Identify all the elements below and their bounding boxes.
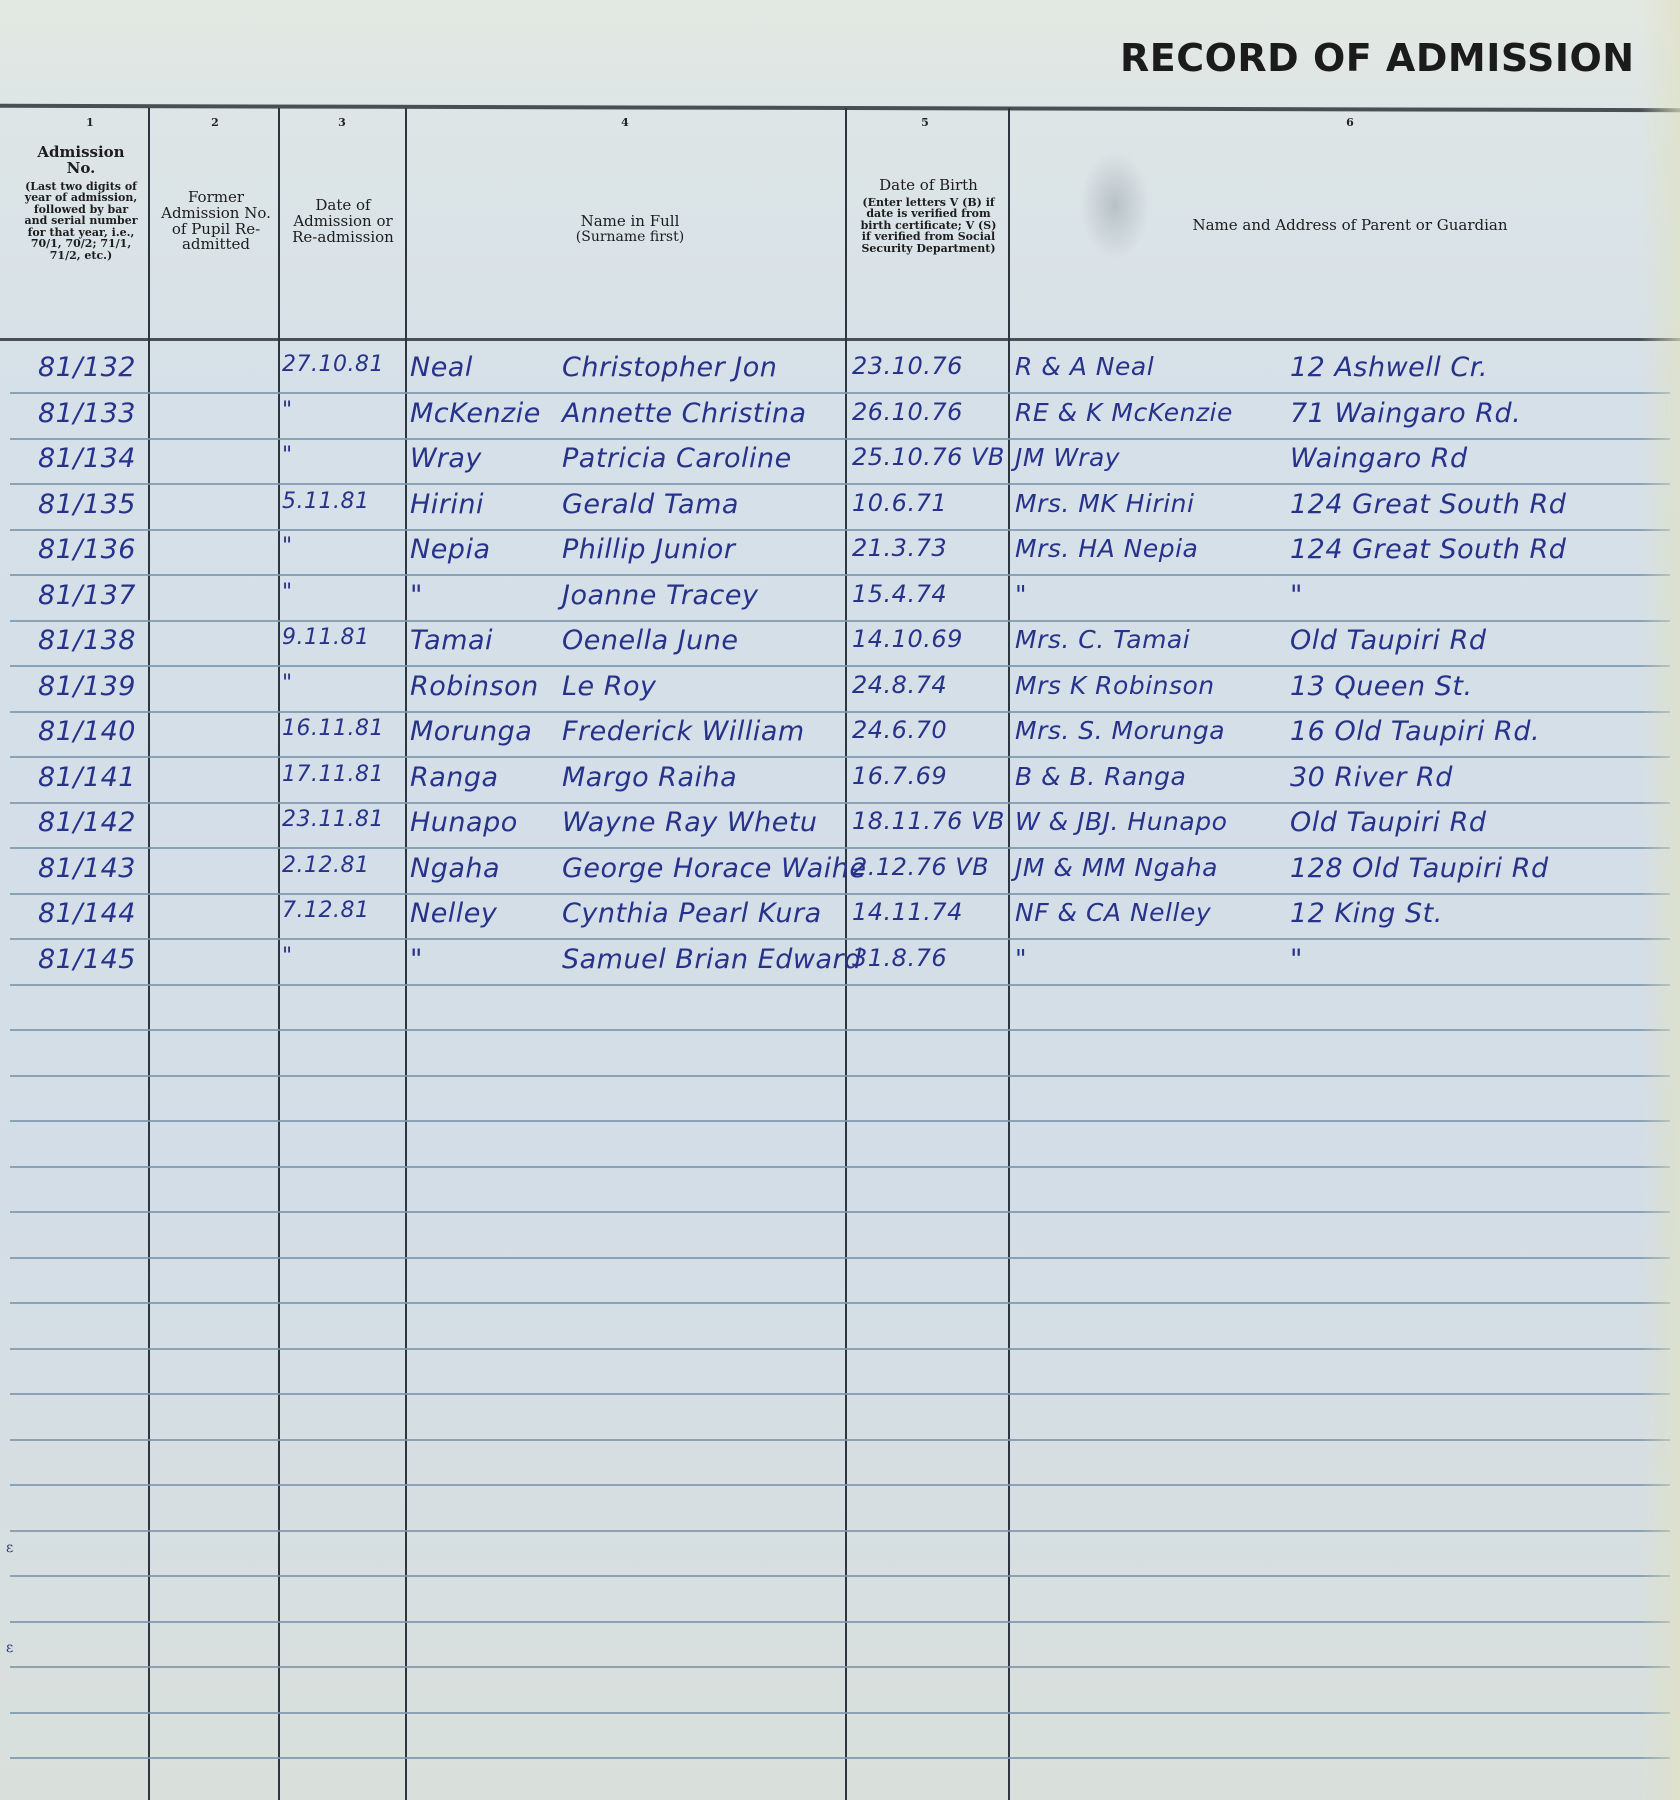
column-divider [278, 108, 280, 1800]
ruled-line [10, 1621, 1670, 1623]
header-top-rule [0, 104, 1680, 112]
parent-address: 128 Old Taupiri Rd [1290, 853, 1549, 884]
surname: Ranga [410, 762, 499, 793]
ruled-line [10, 1029, 1670, 1031]
admission-date: 27.10.81 [282, 352, 384, 377]
heading-text: Admission No. [22, 145, 140, 177]
admission-number: 81/132 [38, 352, 136, 383]
column-number: 3 [322, 116, 362, 129]
date-of-birth: 25.10.76 VB [852, 443, 1005, 471]
parent-name: R & A Neal [1015, 352, 1154, 381]
date-of-birth: 14.11.74 [852, 898, 963, 926]
given-names: Frederick William [562, 716, 805, 747]
ruled-line [10, 483, 1670, 485]
parent-name: Mrs. HA Nepia [1015, 534, 1198, 563]
parent-name: JM Wray [1015, 443, 1120, 472]
given-names: Wayne Ray Whetu [562, 807, 818, 838]
given-names: Margo Raiha [562, 762, 737, 793]
admission-date: " [282, 580, 293, 605]
admission-number: 81/139 [38, 671, 136, 702]
parent-address: 12 King St. [1290, 898, 1443, 929]
surname: Neal [410, 352, 473, 383]
column-number: 6 [1330, 116, 1370, 129]
parent-name: Mrs. MK Hirini [1015, 489, 1194, 518]
column-number: 1 [70, 116, 110, 129]
admission-date: " [282, 944, 293, 969]
parent-name: Mrs K Robinson [1015, 671, 1215, 700]
ruled-line [10, 529, 1670, 531]
parent-name: NF & CA Nelley [1015, 898, 1211, 927]
parent-name: W & JBJ. Hunapo [1015, 807, 1227, 836]
admission-date: " [282, 534, 293, 559]
surname: Ngaha [410, 853, 500, 884]
admission-number: 81/141 [38, 762, 136, 793]
surname: Nelley [410, 898, 497, 929]
given-names: Christopher Jon [562, 352, 777, 383]
parent-name: " [1015, 580, 1027, 609]
ruled-line [10, 984, 1670, 986]
admission-date: 9.11.81 [282, 625, 369, 650]
parent-name: JM & MM Ngaha [1015, 853, 1218, 882]
column-divider [1008, 108, 1010, 1800]
surname: " [410, 944, 423, 975]
column-heading-date-admission: Date of Admission or Re-admission [284, 198, 402, 245]
ruled-line [10, 1075, 1670, 1077]
ruled-line [10, 392, 1670, 394]
admission-number: 81/134 [38, 443, 136, 474]
ruled-line [10, 1439, 1670, 1441]
surname: Morunga [410, 716, 532, 747]
admission-number: 81/138 [38, 625, 136, 656]
parent-address: Old Taupiri Rd [1290, 625, 1487, 656]
ruled-line [10, 1348, 1670, 1350]
parent-name: B & B. Ranga [1015, 762, 1186, 791]
ruled-line [10, 620, 1670, 622]
parent-address: " [1290, 580, 1303, 611]
ruled-line [10, 893, 1670, 895]
heading-note: (Surname first) [510, 230, 750, 245]
heading-text: Former Admission No. of Pupil Re-admitte… [160, 190, 272, 253]
admission-number: 81/142 [38, 807, 136, 838]
admission-number: 81/145 [38, 944, 136, 975]
date-of-birth: 26.10.76 [852, 398, 963, 426]
ruled-line [10, 1257, 1670, 1259]
column-number: 5 [905, 116, 945, 129]
admission-number: 81/140 [38, 716, 136, 747]
column-number: 4 [605, 116, 645, 129]
ruled-line [10, 1166, 1670, 1168]
ruled-line [10, 665, 1670, 667]
ruled-line [10, 574, 1670, 576]
surname: Nepia [410, 534, 491, 565]
given-names: Annette Christina [562, 398, 807, 429]
surname: " [410, 580, 423, 611]
parent-address: Waingaro Rd [1290, 443, 1468, 474]
date-of-birth: 15.4.74 [852, 580, 947, 608]
ruled-line [10, 1530, 1670, 1532]
header-bottom-rule [0, 338, 1680, 341]
paper-smudge [1080, 150, 1150, 260]
parent-address: 124 Great South Rd [1290, 489, 1566, 520]
column-divider [148, 108, 150, 1800]
admission-number: 81/135 [38, 489, 136, 520]
ruled-line [10, 1120, 1670, 1122]
column-heading-admission-no: Admission No. (Last two digits of year o… [22, 145, 140, 261]
admission-number: 81/137 [38, 580, 136, 611]
date-of-birth: 31.8.76 [852, 944, 947, 972]
given-names: Gerald Tama [562, 489, 739, 520]
surname: Hunapo [410, 807, 518, 838]
column-heading-parent: Name and Address of Parent or Guardian [1080, 218, 1620, 234]
date-of-birth: 16.7.69 [852, 762, 947, 790]
heading-note: (Last two digits of year of admission, f… [22, 181, 140, 262]
admission-date: 16.11.81 [282, 716, 384, 741]
date-of-birth: 23.10.76 [852, 352, 963, 380]
given-names: Le Roy [562, 671, 657, 702]
surname: Tamai [410, 625, 493, 656]
heading-text: Date of Admission or Re-admission [284, 198, 402, 245]
ruled-line [10, 438, 1670, 440]
ruled-line [10, 711, 1670, 713]
ruled-line [10, 1712, 1670, 1714]
heading-note: (Enter letters V (B) if date is verified… [856, 197, 1001, 255]
parent-name: RE & K McKenzie [1015, 398, 1233, 427]
column-divider [405, 108, 407, 1800]
ruled-line [10, 1302, 1670, 1304]
admission-number: 81/144 [38, 898, 136, 929]
margin-mark: ε [6, 1640, 13, 1656]
given-names: Patricia Caroline [562, 443, 792, 474]
date-of-birth: 14.10.69 [852, 625, 963, 653]
admission-date: 7.12.81 [282, 898, 369, 923]
admission-date: " [282, 398, 293, 423]
date-of-birth: 24.6.70 [852, 716, 947, 744]
surname: Hirini [410, 489, 484, 520]
admission-number: 81/133 [38, 398, 136, 429]
column-heading-dob: Date of Birth (Enter letters V (B) if da… [856, 178, 1001, 254]
parent-address: 30 River Rd [1290, 762, 1453, 793]
margin-mark: ε [6, 1540, 13, 1556]
admission-date: " [282, 671, 293, 696]
given-names: Oenella June [562, 625, 739, 656]
ruled-line [10, 756, 1670, 758]
admission-date: 2.12.81 [282, 853, 369, 878]
ruled-line [10, 1484, 1670, 1486]
given-names: Cynthia Pearl Kura [562, 898, 822, 929]
parent-address: Old Taupiri Rd [1290, 807, 1487, 838]
admission-date: 5.11.81 [282, 489, 369, 514]
ruled-line [10, 847, 1670, 849]
column-heading-name: Name in Full (Surname first) [510, 214, 750, 244]
date-of-birth: 10.6.71 [852, 489, 947, 517]
ledger-page: RECORD OF ADMISSION 1 2 3 4 5 6 Admissio… [0, 0, 1680, 1800]
date-of-birth: 21.3.73 [852, 534, 947, 562]
parent-name: Mrs. C. Tamai [1015, 625, 1190, 654]
parent-address: 12 Ashwell Cr. [1290, 352, 1488, 383]
parent-address: 16 Old Taupiri Rd. [1290, 716, 1540, 747]
surname: McKenzie [410, 398, 541, 429]
heading-text: Date of Birth [856, 178, 1001, 194]
column-number: 2 [195, 116, 235, 129]
given-names: Samuel Brian Edward [562, 944, 862, 975]
admission-date: " [282, 443, 293, 468]
parent-address: 71 Waingaro Rd. [1290, 398, 1521, 429]
date-of-birth: 18.11.76 VB [852, 807, 1005, 835]
given-names: Phillip Junior [562, 534, 735, 565]
ruled-line [10, 1211, 1670, 1213]
parent-name: " [1015, 944, 1027, 973]
ruled-line [10, 938, 1670, 940]
given-names: George Horace Waihe [562, 853, 866, 884]
parent-address: 124 Great South Rd [1290, 534, 1566, 565]
heading-text: Name and Address of Parent or Guardian [1080, 218, 1620, 234]
parent-address: " [1290, 944, 1303, 975]
ruled-line [10, 1575, 1670, 1577]
ruled-line [10, 1666, 1670, 1668]
page-title: RECORD OF ADMISSION [1120, 36, 1635, 80]
ruled-line [10, 1757, 1670, 1759]
surname: Wray [410, 443, 482, 474]
admission-date: 17.11.81 [282, 762, 384, 787]
given-names: Joanne Tracey [562, 580, 758, 611]
parent-name: Mrs. S. Morunga [1015, 716, 1225, 745]
heading-text: Name in Full [510, 214, 750, 230]
admission-date: 23.11.81 [282, 807, 384, 832]
surname: Robinson [410, 671, 539, 702]
date-of-birth: 2.12.76 VB [852, 853, 989, 881]
admission-number: 81/143 [38, 853, 136, 884]
column-heading-former-no: Former Admission No. of Pupil Re-admitte… [160, 190, 272, 253]
admission-number: 81/136 [38, 534, 136, 565]
ruled-line [10, 802, 1670, 804]
ruled-line [10, 1393, 1670, 1395]
date-of-birth: 24.8.74 [852, 671, 947, 699]
parent-address: 13 Queen St. [1290, 671, 1473, 702]
